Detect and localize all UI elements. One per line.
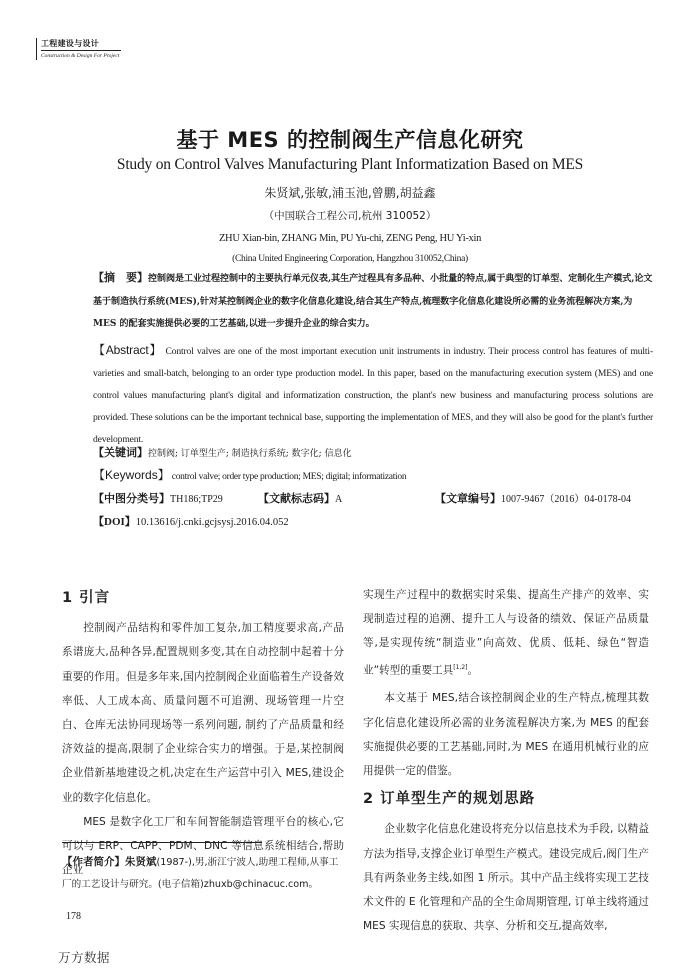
abstract-en-text: Control valves are one of the most impor… xyxy=(93,346,653,445)
section-heading-2: 2 订单型生产的规划思路 xyxy=(363,787,649,811)
abstract-en: 【Abstract】 Control valves are one of the… xyxy=(93,339,653,451)
footnote-divider xyxy=(62,842,262,843)
doi-value[interactable]: 10.13616/j.cnki.gcjsysj.2016.04.052 xyxy=(136,517,289,528)
paper-title-cn: 基于 MES 的控制阀生产信息化研究 xyxy=(0,124,700,154)
paragraph: 实现生产过程中的数据实时采集、提高生产排产的效率、实现制造过程的追溯、提升工人与… xyxy=(363,583,649,682)
journal-name-en: Construction & Design For Project xyxy=(41,50,121,60)
abstract-cn-text: 控制阀是工业过程控制中的主要执行单元仪表,其生产过程具有多品种、小批量的特点,属… xyxy=(93,274,652,329)
clc-field: 【中图分类号】TH186;TP29 xyxy=(93,490,223,506)
clc-value: TH186;TP29 xyxy=(170,494,223,505)
page-number: 178 xyxy=(66,911,81,922)
body-right-column: 实现生产过程中的数据实时采集、提高生产排产的效率、实现制造过程的追溯、提升工人与… xyxy=(363,583,649,938)
keywords-en-text: control valve; order type production; ME… xyxy=(170,472,407,482)
doi-label: 【DOI】 xyxy=(93,516,136,528)
footnote-author-name: 朱贤斌 xyxy=(125,856,157,868)
keywords-cn-label: 【关键词】 xyxy=(93,446,148,459)
keywords-cn: 【关键词】控制阀; 订单型生产; 制造执行系统; 数字化; 信息化 xyxy=(93,444,653,460)
doc-code-field: 【文献标志码】A xyxy=(258,490,342,506)
article-no-label: 【文章编号】 xyxy=(435,492,501,505)
article-no-value: 1007-9467（2016）04-0178-04 xyxy=(501,494,631,505)
footnote-label: 【作者简介】 xyxy=(62,856,125,868)
affiliation-en: (China United Engineering Corporation, H… xyxy=(0,254,700,264)
doc-code-label: 【文献标志码】 xyxy=(258,492,335,505)
journal-name-cn: 工程建设与设计 xyxy=(41,38,121,49)
keywords-en: 【Keywords】 control valve; order type pro… xyxy=(93,466,653,483)
paragraph: 本文基于 MES,结合该控制阀企业的生产特点,梳理其数字化信息化建设所必需的业务… xyxy=(363,686,649,783)
article-no-field: 【文章编号】1007-9467（2016）04-0178-04 xyxy=(435,490,631,506)
doi-row: 【DOI】10.13616/j.cnki.gcjsysj.2016.04.052 xyxy=(93,513,653,529)
paragraph: 企业数字化信息化建设将充分以信息技术为手段, 以精益方法为指导,支撑企业订单型生… xyxy=(363,817,649,938)
keywords-en-label: 【Keywords】 xyxy=(93,468,170,482)
source-watermark: 万方数据 xyxy=(58,948,110,966)
keywords-cn-text: 控制阀; 订单型生产; 制造执行系统; 数字化; 信息化 xyxy=(148,449,352,459)
abstract-en-label: 【Abstract】 xyxy=(93,343,162,357)
body-left-column: 1 引言 控制阀产品结构和零件加工复杂,加工精度要求高,产品系谱庞大,品种各异,… xyxy=(62,586,344,882)
doc-code-value: A xyxy=(335,494,342,505)
abstract-cn: 【摘 要】控制阀是工业过程控制中的主要执行单元仪表,其生产过程具有多品种、小批量… xyxy=(93,267,653,336)
author-footnote: 【作者简介】朱贤斌(1987-),男,浙江宁波人,助理工程师,从事工厂的工艺设计… xyxy=(62,851,344,896)
abstract-cn-label: 【摘 要】 xyxy=(93,271,148,284)
paper-title-en: Study on Control Valves Manufacturing Pl… xyxy=(0,156,700,174)
paragraph: 控制阀产品结构和零件加工复杂,加工精度要求高,产品系谱庞大,品种各异,配置规则多… xyxy=(62,616,344,810)
section-heading-1: 1 引言 xyxy=(62,586,344,610)
citation[interactable]: [1,2] xyxy=(453,664,467,671)
clc-label: 【中图分类号】 xyxy=(93,492,170,505)
paragraph-end: 。 xyxy=(467,664,478,676)
paragraph-text: 实现生产过程中的数据实时采集、提高生产排产的效率、实现制造过程的追溯、提升工人与… xyxy=(363,589,649,676)
journal-header: 工程建设与设计 Construction & Design For Projec… xyxy=(36,38,121,60)
authors-cn: 朱贤斌,张敏,浦玉池,曾鹏,胡益鑫 xyxy=(0,184,700,201)
affiliation-cn: （中国联合工程公司,杭州 310052） xyxy=(0,208,700,223)
authors-en: ZHU Xian-bin, ZHANG Min, PU Yu-chi, ZENG… xyxy=(0,233,700,244)
